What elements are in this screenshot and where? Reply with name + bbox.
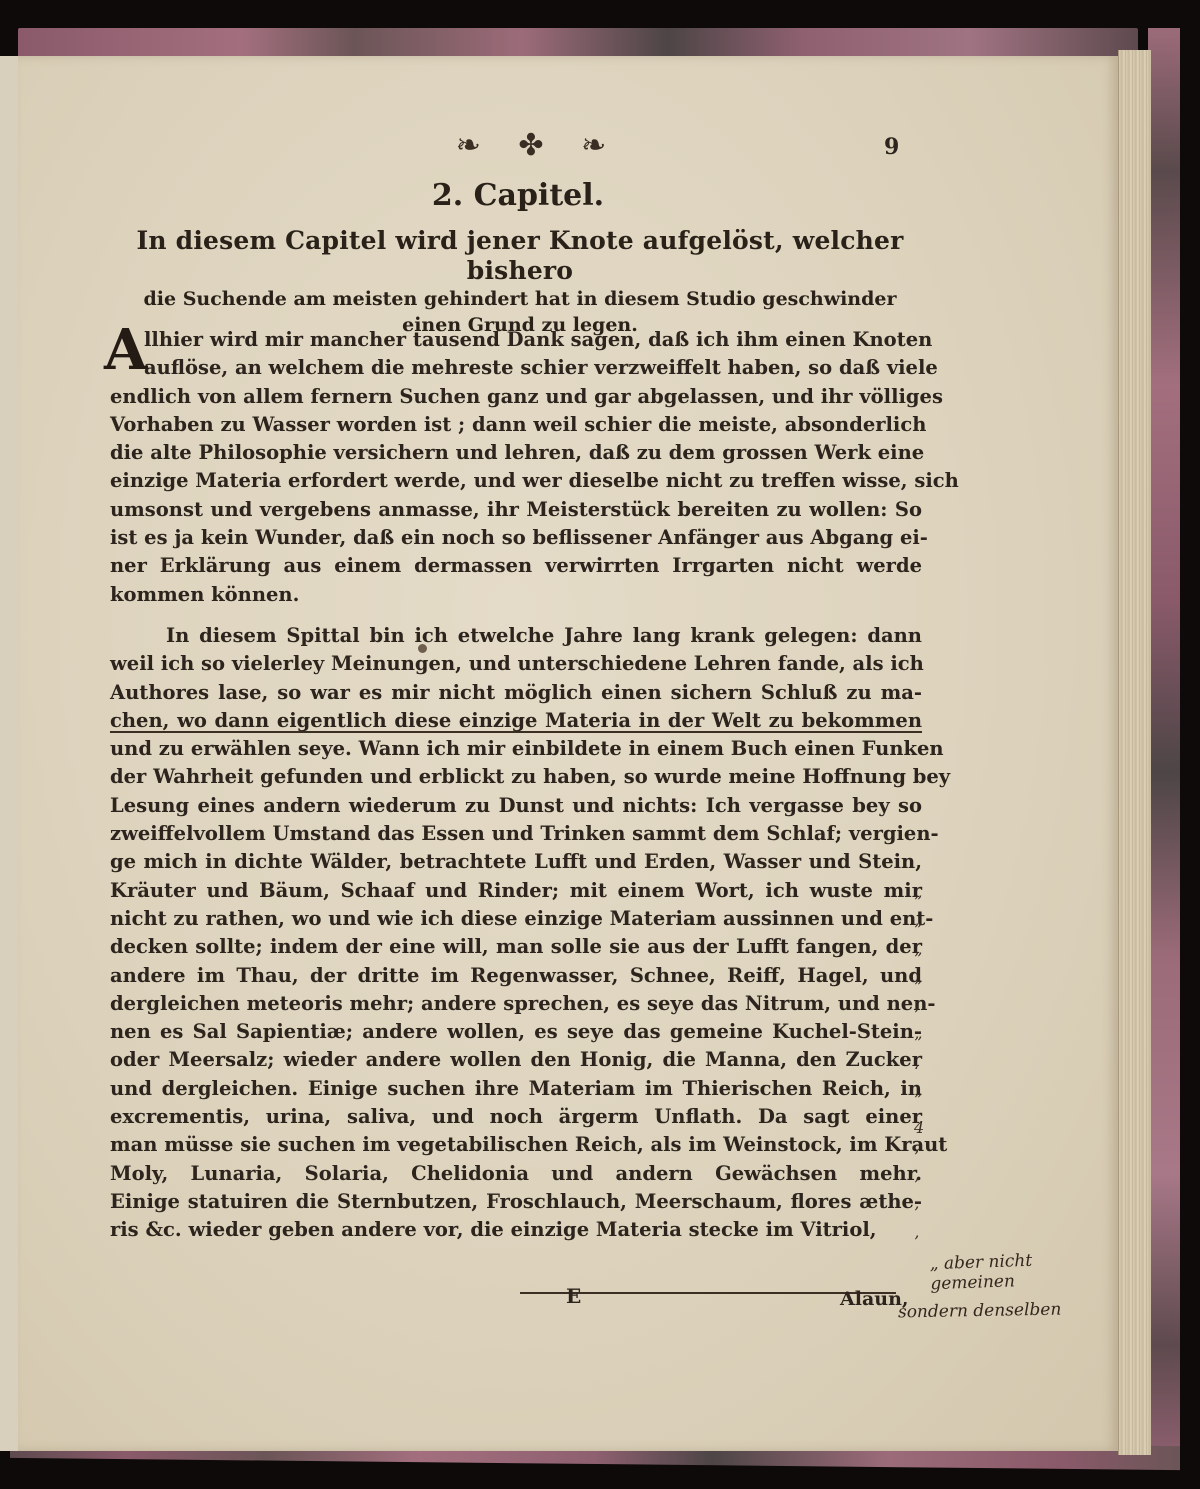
margin-marks: ” ” ” ” ’ ” ‘ ” 4 ’ ’ ’ ’ bbox=[914, 888, 938, 1256]
text-line: ge mich in dichte Wälder, betrachtete Lu… bbox=[110, 848, 922, 876]
margin-mark: ’ bbox=[914, 1228, 938, 1256]
text-line: nicht zu rathen, wo und wie ich diese ei… bbox=[110, 905, 922, 933]
margin-mark: ” bbox=[914, 945, 938, 973]
text-line: Kräuter und Bäum, Schaaf und Rinder; mit… bbox=[110, 877, 922, 905]
text-line-underlined: chen, wo dann eigentlich diese einzige M… bbox=[110, 707, 922, 735]
insertion-mark: E bbox=[566, 1284, 581, 1308]
book-page: ❧ ✤ ❧ 9 2. Capitel. In diesem Capitel wi… bbox=[18, 56, 1118, 1451]
text-line: umsonst und vergebens anmasse, ihr Meist… bbox=[110, 496, 922, 524]
handwritten-note: sondern denselben bbox=[898, 1300, 1062, 1323]
text-line: Lesung eines andern wiederum zu Dunst un… bbox=[110, 792, 922, 820]
ornament-icon: ❧ ✤ ❧ bbox=[438, 128, 638, 163]
text-line: decken sollte; indem der eine will, man … bbox=[110, 933, 922, 961]
margin-mark: ’ bbox=[914, 1001, 938, 1029]
subtitle-line: In diesem Capitel wird jener Knote aufge… bbox=[110, 226, 930, 286]
text-line: ris &c. wieder geben andere vor, die ein… bbox=[110, 1216, 922, 1244]
text-line: einzige Materia erfordert werde, und wer… bbox=[110, 467, 922, 495]
margin-mark: ” bbox=[914, 1029, 938, 1057]
handwritten-note: „ aber nicht gemeinen bbox=[929, 1248, 1118, 1295]
marbled-cover-top-edge bbox=[18, 28, 1138, 58]
margin-mark: ” bbox=[914, 1086, 938, 1114]
paragraph-2: In diesem Spittal bin ich etwelche Jahre… bbox=[110, 622, 922, 1245]
margin-mark: ’ bbox=[914, 1143, 938, 1171]
page-number: 9 bbox=[884, 134, 899, 160]
text-line: excrementis, urina, saliva, und noch ärg… bbox=[110, 1103, 922, 1131]
text-line: die alte Philosophie versichern und lehr… bbox=[110, 439, 922, 467]
text-line: Moly, Lunaria, Solaria, Chelidonia und a… bbox=[110, 1160, 922, 1188]
marbled-cover-right-edge bbox=[1148, 28, 1180, 1460]
chapter-subtitle: In diesem Capitel wird jener Knote aufge… bbox=[110, 226, 930, 338]
text-line: llhier wird mir mancher tausend Dank sag… bbox=[110, 326, 922, 354]
margin-mark: ” bbox=[914, 973, 938, 1001]
text-line: man müsse sie suchen im vegetabilischen … bbox=[110, 1131, 922, 1159]
text-line: auflöse, an welchem die mehreste schier … bbox=[110, 354, 922, 382]
text-line: nen es Sal Sapientiæ; andere wollen, es … bbox=[110, 1018, 922, 1046]
margin-mark: ’ bbox=[914, 1199, 938, 1227]
text-line: oder Meersalz; wieder andere wollen den … bbox=[110, 1046, 922, 1074]
text-line: zweiffelvollem Umstand das Essen und Tri… bbox=[110, 820, 922, 848]
text-line: Einige statuiren die Sternbutzen, Frosch… bbox=[110, 1188, 922, 1216]
text-line: und dergleichen. Einige suchen ihre Mate… bbox=[110, 1075, 922, 1103]
text-line: und zu erwählen seye. Wann ich mir einbi… bbox=[110, 735, 922, 763]
text-line: endlich von allem fernern Suchen ganz un… bbox=[110, 383, 922, 411]
drop-cap: A bbox=[104, 320, 147, 380]
text-line: kommen können. bbox=[110, 581, 922, 609]
facing-page-edge bbox=[0, 56, 19, 1451]
margin-mark: ’ bbox=[914, 1171, 938, 1199]
margin-mark: 4 bbox=[914, 1114, 938, 1142]
text-line: weil ich so vielerley Meinungen, und unt… bbox=[110, 650, 922, 678]
margin-mark: ” bbox=[914, 888, 938, 916]
margin-mark: ” bbox=[914, 916, 938, 944]
page-stack-edge bbox=[1118, 50, 1151, 1455]
text-line: der Wahrheit gefunden und erblickt zu ha… bbox=[110, 763, 922, 791]
text-line: andere im Thau, der dritte im Regenwasse… bbox=[110, 962, 922, 990]
text-line: ner Erklärung aus einem dermassen verwir… bbox=[110, 552, 922, 580]
subtitle-line: die Suchende am meisten gehindert hat in… bbox=[110, 286, 930, 312]
text-line: dergleichen meteoris mehr; andere sprech… bbox=[110, 990, 922, 1018]
chapter-title: 2. Capitel. bbox=[18, 178, 1018, 213]
text-line: In diesem Spittal bin ich etwelche Jahre… bbox=[110, 622, 922, 650]
paragraph-1: A llhier wird mir mancher tausend Dank s… bbox=[110, 326, 922, 609]
text-line: ist es ja kein Wunder, daß ein noch so b… bbox=[110, 524, 922, 552]
text-line: Authores lase, so war es mir nicht mögli… bbox=[110, 679, 922, 707]
text-line: Vorhaben zu Wasser worden ist ; dann wei… bbox=[110, 411, 922, 439]
margin-mark: ‘ bbox=[914, 1058, 938, 1086]
